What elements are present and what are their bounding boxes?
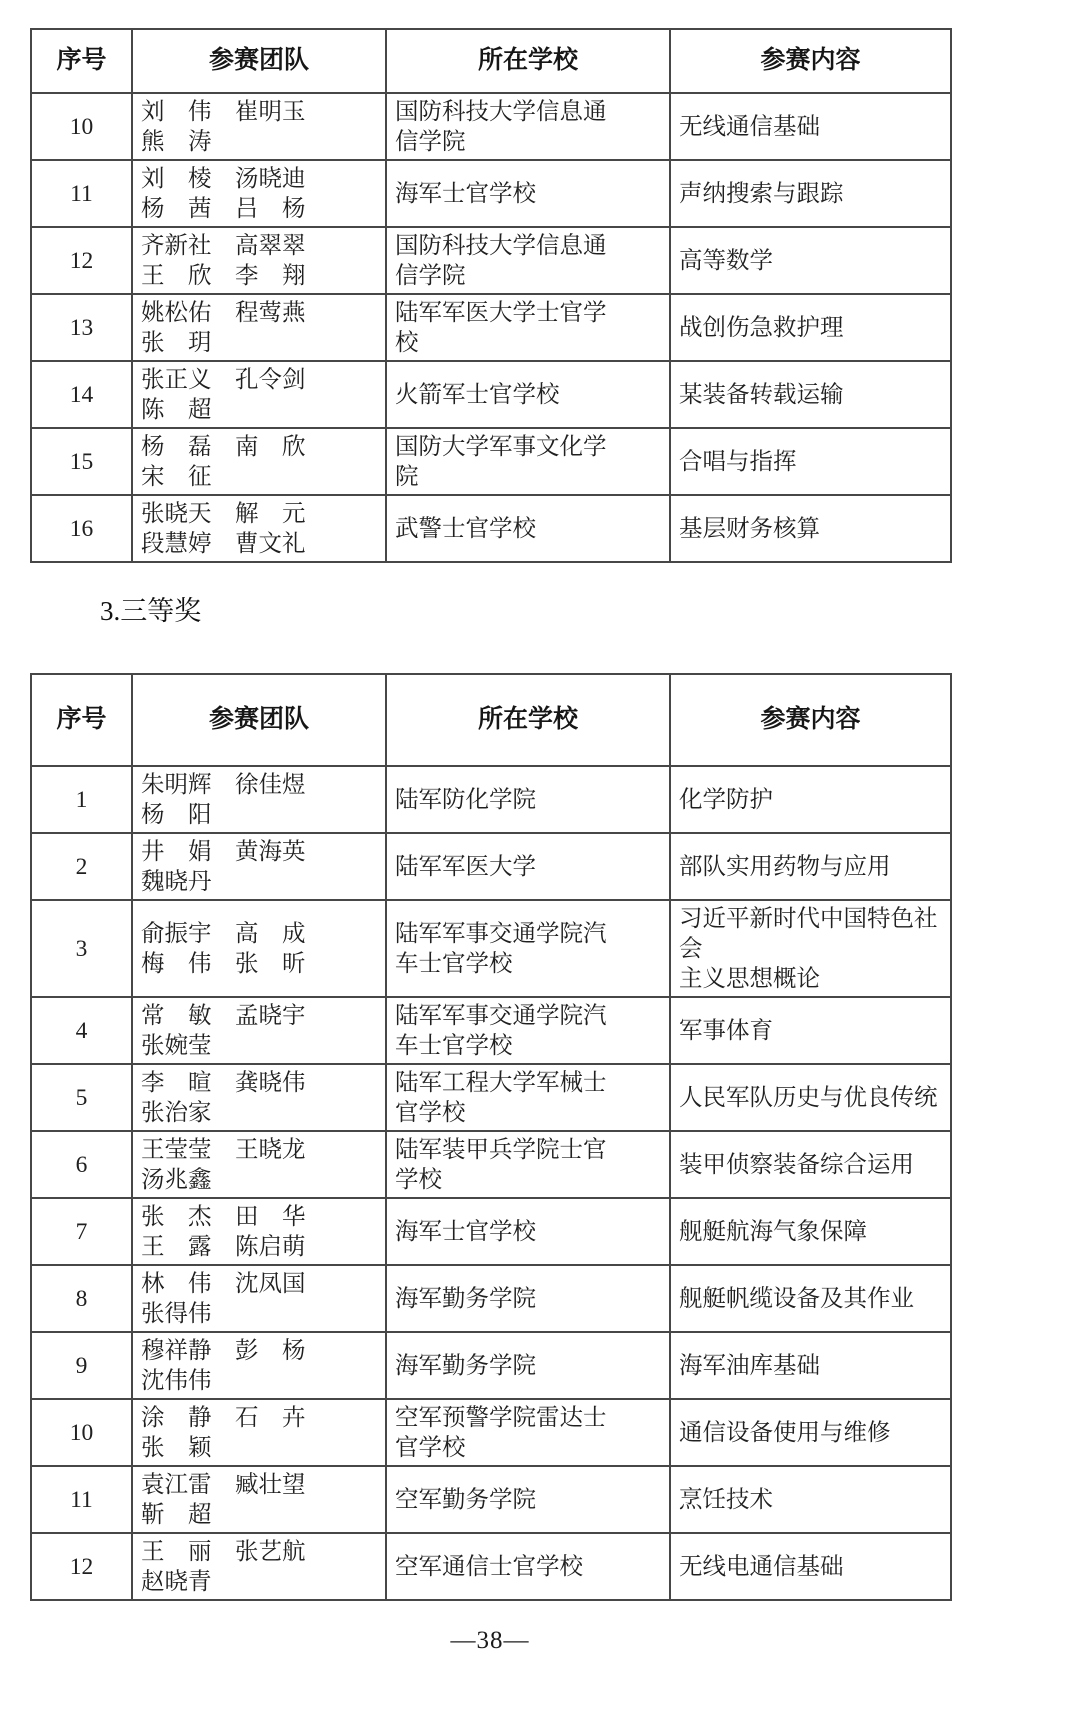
cell-team: 袁江雷 臧壮望 靳 超	[132, 1466, 386, 1533]
cell-team: 姚松佑 程莺燕 张 玥	[132, 294, 386, 361]
table-header-row: 序号 参赛团队 所在学校 参赛内容	[31, 29, 951, 93]
cell-team: 井 娟 黄海英 魏晓丹	[132, 833, 386, 900]
cell-no: 4	[31, 997, 132, 1064]
column-header-team: 参赛团队	[132, 29, 386, 93]
document-page: 序号 参赛团队 所在学校 参赛内容 10刘 伟 崔明玉 熊 涛国防科技大学信息通…	[30, 0, 950, 1655]
table-row: 4常 敏 孟晓宇 张婉莹陆军军事交通学院汽 车士官学校军事体育	[31, 997, 951, 1064]
column-header-content: 参赛内容	[670, 674, 951, 766]
cell-school: 国防大学军事文化学 院	[386, 428, 670, 495]
cell-content: 烹饪技术	[670, 1466, 951, 1533]
cell-team: 王 丽 张艺航 赵晓青	[132, 1533, 386, 1600]
cell-school: 空军预警学院雷达士 官学校	[386, 1399, 670, 1466]
table-row: 2井 娟 黄海英 魏晓丹陆军军医大学部队实用药物与应用	[31, 833, 951, 900]
cell-no: 9	[31, 1332, 132, 1399]
cell-content: 无线电通信基础	[670, 1533, 951, 1600]
cell-no: 12	[31, 1533, 132, 1600]
cell-school: 空军勤务学院	[386, 1466, 670, 1533]
cell-school: 海军士官学校	[386, 160, 670, 227]
cell-school: 海军勤务学院	[386, 1332, 670, 1399]
cell-team: 刘 伟 崔明玉 熊 涛	[132, 93, 386, 160]
cell-no: 2	[31, 833, 132, 900]
cell-school: 陆军军事交通学院汽 车士官学校	[386, 900, 670, 997]
table-row: 10涂 静 石 卉 张 颖空军预警学院雷达士 官学校通信设备使用与维修	[31, 1399, 951, 1466]
column-header-school: 所在学校	[386, 29, 670, 93]
table-row: 1朱明辉 徐佳煜 杨 阳陆军防化学院化学防护	[31, 766, 951, 833]
cell-team: 林 伟 沈凤国 张得伟	[132, 1265, 386, 1332]
cell-content: 合唱与指挥	[670, 428, 951, 495]
page-number: —38—	[30, 1627, 950, 1655]
table-row: 11袁江雷 臧壮望 靳 超空军勤务学院烹饪技术	[31, 1466, 951, 1533]
cell-no: 14	[31, 361, 132, 428]
cell-school: 陆军防化学院	[386, 766, 670, 833]
cell-content: 人民军队历史与优良传统	[670, 1064, 951, 1131]
cell-no: 1	[31, 766, 132, 833]
table-row: 12齐新社 高翠翠 王 欣 李 翔国防科技大学信息通 信学院高等数学	[31, 227, 951, 294]
cell-school: 陆军军医大学	[386, 833, 670, 900]
column-header-index: 序号	[31, 674, 132, 766]
cell-school: 陆军工程大学军械士 官学校	[386, 1064, 670, 1131]
cell-no: 15	[31, 428, 132, 495]
table-row: 13姚松佑 程莺燕 张 玥陆军军医大学士官学 校战创伤急救护理	[31, 294, 951, 361]
cell-no: 10	[31, 1399, 132, 1466]
cell-no: 7	[31, 1198, 132, 1265]
cell-content: 高等数学	[670, 227, 951, 294]
cell-content: 声纳搜索与跟踪	[670, 160, 951, 227]
cell-content: 某装备转载运输	[670, 361, 951, 428]
cell-school: 国防科技大学信息通 信学院	[386, 227, 670, 294]
table-row: 15杨 磊 南 欣 宋 征国防大学军事文化学 院合唱与指挥	[31, 428, 951, 495]
prize-table-continued: 序号 参赛团队 所在学校 参赛内容 10刘 伟 崔明玉 熊 涛国防科技大学信息通…	[30, 28, 952, 563]
table-row: 5李 暄 龚晓伟 张治家陆军工程大学军械士 官学校人民军队历史与优良传统	[31, 1064, 951, 1131]
column-header-index: 序号	[31, 29, 132, 93]
column-header-school: 所在学校	[386, 674, 670, 766]
cell-no: 12	[31, 227, 132, 294]
cell-team: 张正义 孔令剑 陈 超	[132, 361, 386, 428]
table-header-row: 序号 参赛团队 所在学校 参赛内容	[31, 674, 951, 766]
cell-content: 通信设备使用与维修	[670, 1399, 951, 1466]
cell-school: 陆军军医大学士官学 校	[386, 294, 670, 361]
cell-no: 16	[31, 495, 132, 562]
cell-team: 刘 棱 汤晓迪 杨 茜 吕 杨	[132, 160, 386, 227]
cell-content: 装甲侦察装备综合运用	[670, 1131, 951, 1198]
cell-team: 杨 磊 南 欣 宋 征	[132, 428, 386, 495]
cell-team: 朱明辉 徐佳煜 杨 阳	[132, 766, 386, 833]
section-heading-third-prize: 3.三等奖	[100, 593, 950, 629]
cell-no: 6	[31, 1131, 132, 1198]
table-row: 9穆祥静 彭 杨 沈伟伟海军勤务学院海军油库基础	[31, 1332, 951, 1399]
cell-team: 常 敏 孟晓宇 张婉莹	[132, 997, 386, 1064]
column-header-team: 参赛团队	[132, 674, 386, 766]
cell-content: 战创伤急救护理	[670, 294, 951, 361]
cell-content: 化学防护	[670, 766, 951, 833]
cell-school: 空军通信士官学校	[386, 1533, 670, 1600]
table-row: 16张晓天 解 元 段慧婷 曹文礼武警士官学校基层财务核算	[31, 495, 951, 562]
cell-school: 火箭军士官学校	[386, 361, 670, 428]
table-row: 8林 伟 沈凤国 张得伟海军勤务学院舰艇帆缆设备及其作业	[31, 1265, 951, 1332]
cell-no: 5	[31, 1064, 132, 1131]
cell-team: 齐新社 高翠翠 王 欣 李 翔	[132, 227, 386, 294]
cell-no: 11	[31, 1466, 132, 1533]
column-header-content: 参赛内容	[670, 29, 951, 93]
cell-team: 张 杰 田 华 王 露 陈启萌	[132, 1198, 386, 1265]
cell-school: 国防科技大学信息通 信学院	[386, 93, 670, 160]
cell-team: 涂 静 石 卉 张 颖	[132, 1399, 386, 1466]
cell-team: 穆祥静 彭 杨 沈伟伟	[132, 1332, 386, 1399]
cell-school: 海军士官学校	[386, 1198, 670, 1265]
cell-school: 武警士官学校	[386, 495, 670, 562]
cell-no: 3	[31, 900, 132, 997]
cell-content: 无线通信基础	[670, 93, 951, 160]
cell-team: 李 暄 龚晓伟 张治家	[132, 1064, 386, 1131]
cell-team: 俞振宇 高 成 梅 伟 张 昕	[132, 900, 386, 997]
cell-team: 张晓天 解 元 段慧婷 曹文礼	[132, 495, 386, 562]
cell-content: 军事体育	[670, 997, 951, 1064]
table-row: 7张 杰 田 华 王 露 陈启萌海军士官学校舰艇航海气象保障	[31, 1198, 951, 1265]
cell-content: 部队实用药物与应用	[670, 833, 951, 900]
cell-content: 海军油库基础	[670, 1332, 951, 1399]
cell-content: 舰艇帆缆设备及其作业	[670, 1265, 951, 1332]
cell-no: 8	[31, 1265, 132, 1332]
cell-content: 舰艇航海气象保障	[670, 1198, 951, 1265]
cell-school: 陆军军事交通学院汽 车士官学校	[386, 997, 670, 1064]
cell-content: 基层财务核算	[670, 495, 951, 562]
table-row: 6王莹莹 王晓龙 汤兆鑫陆军装甲兵学院士官 学校装甲侦察装备综合运用	[31, 1131, 951, 1198]
cell-school: 陆军装甲兵学院士官 学校	[386, 1131, 670, 1198]
table-row: 3俞振宇 高 成 梅 伟 张 昕陆军军事交通学院汽 车士官学校习近平新时代中国特…	[31, 900, 951, 997]
cell-no: 13	[31, 294, 132, 361]
cell-team: 王莹莹 王晓龙 汤兆鑫	[132, 1131, 386, 1198]
cell-no: 11	[31, 160, 132, 227]
table-row: 10刘 伟 崔明玉 熊 涛国防科技大学信息通 信学院无线通信基础	[31, 93, 951, 160]
cell-content: 习近平新时代中国特色社会 主义思想概论	[670, 900, 951, 997]
table-row: 11刘 棱 汤晓迪 杨 茜 吕 杨海军士官学校声纳搜索与跟踪	[31, 160, 951, 227]
cell-school: 海军勤务学院	[386, 1265, 670, 1332]
third-prize-table: 序号 参赛团队 所在学校 参赛内容 1朱明辉 徐佳煜 杨 阳陆军防化学院化学防护…	[30, 673, 952, 1601]
table-row: 14张正义 孔令剑 陈 超火箭军士官学校某装备转载运输	[31, 361, 951, 428]
cell-no: 10	[31, 93, 132, 160]
table-row: 12王 丽 张艺航 赵晓青空军通信士官学校无线电通信基础	[31, 1533, 951, 1600]
